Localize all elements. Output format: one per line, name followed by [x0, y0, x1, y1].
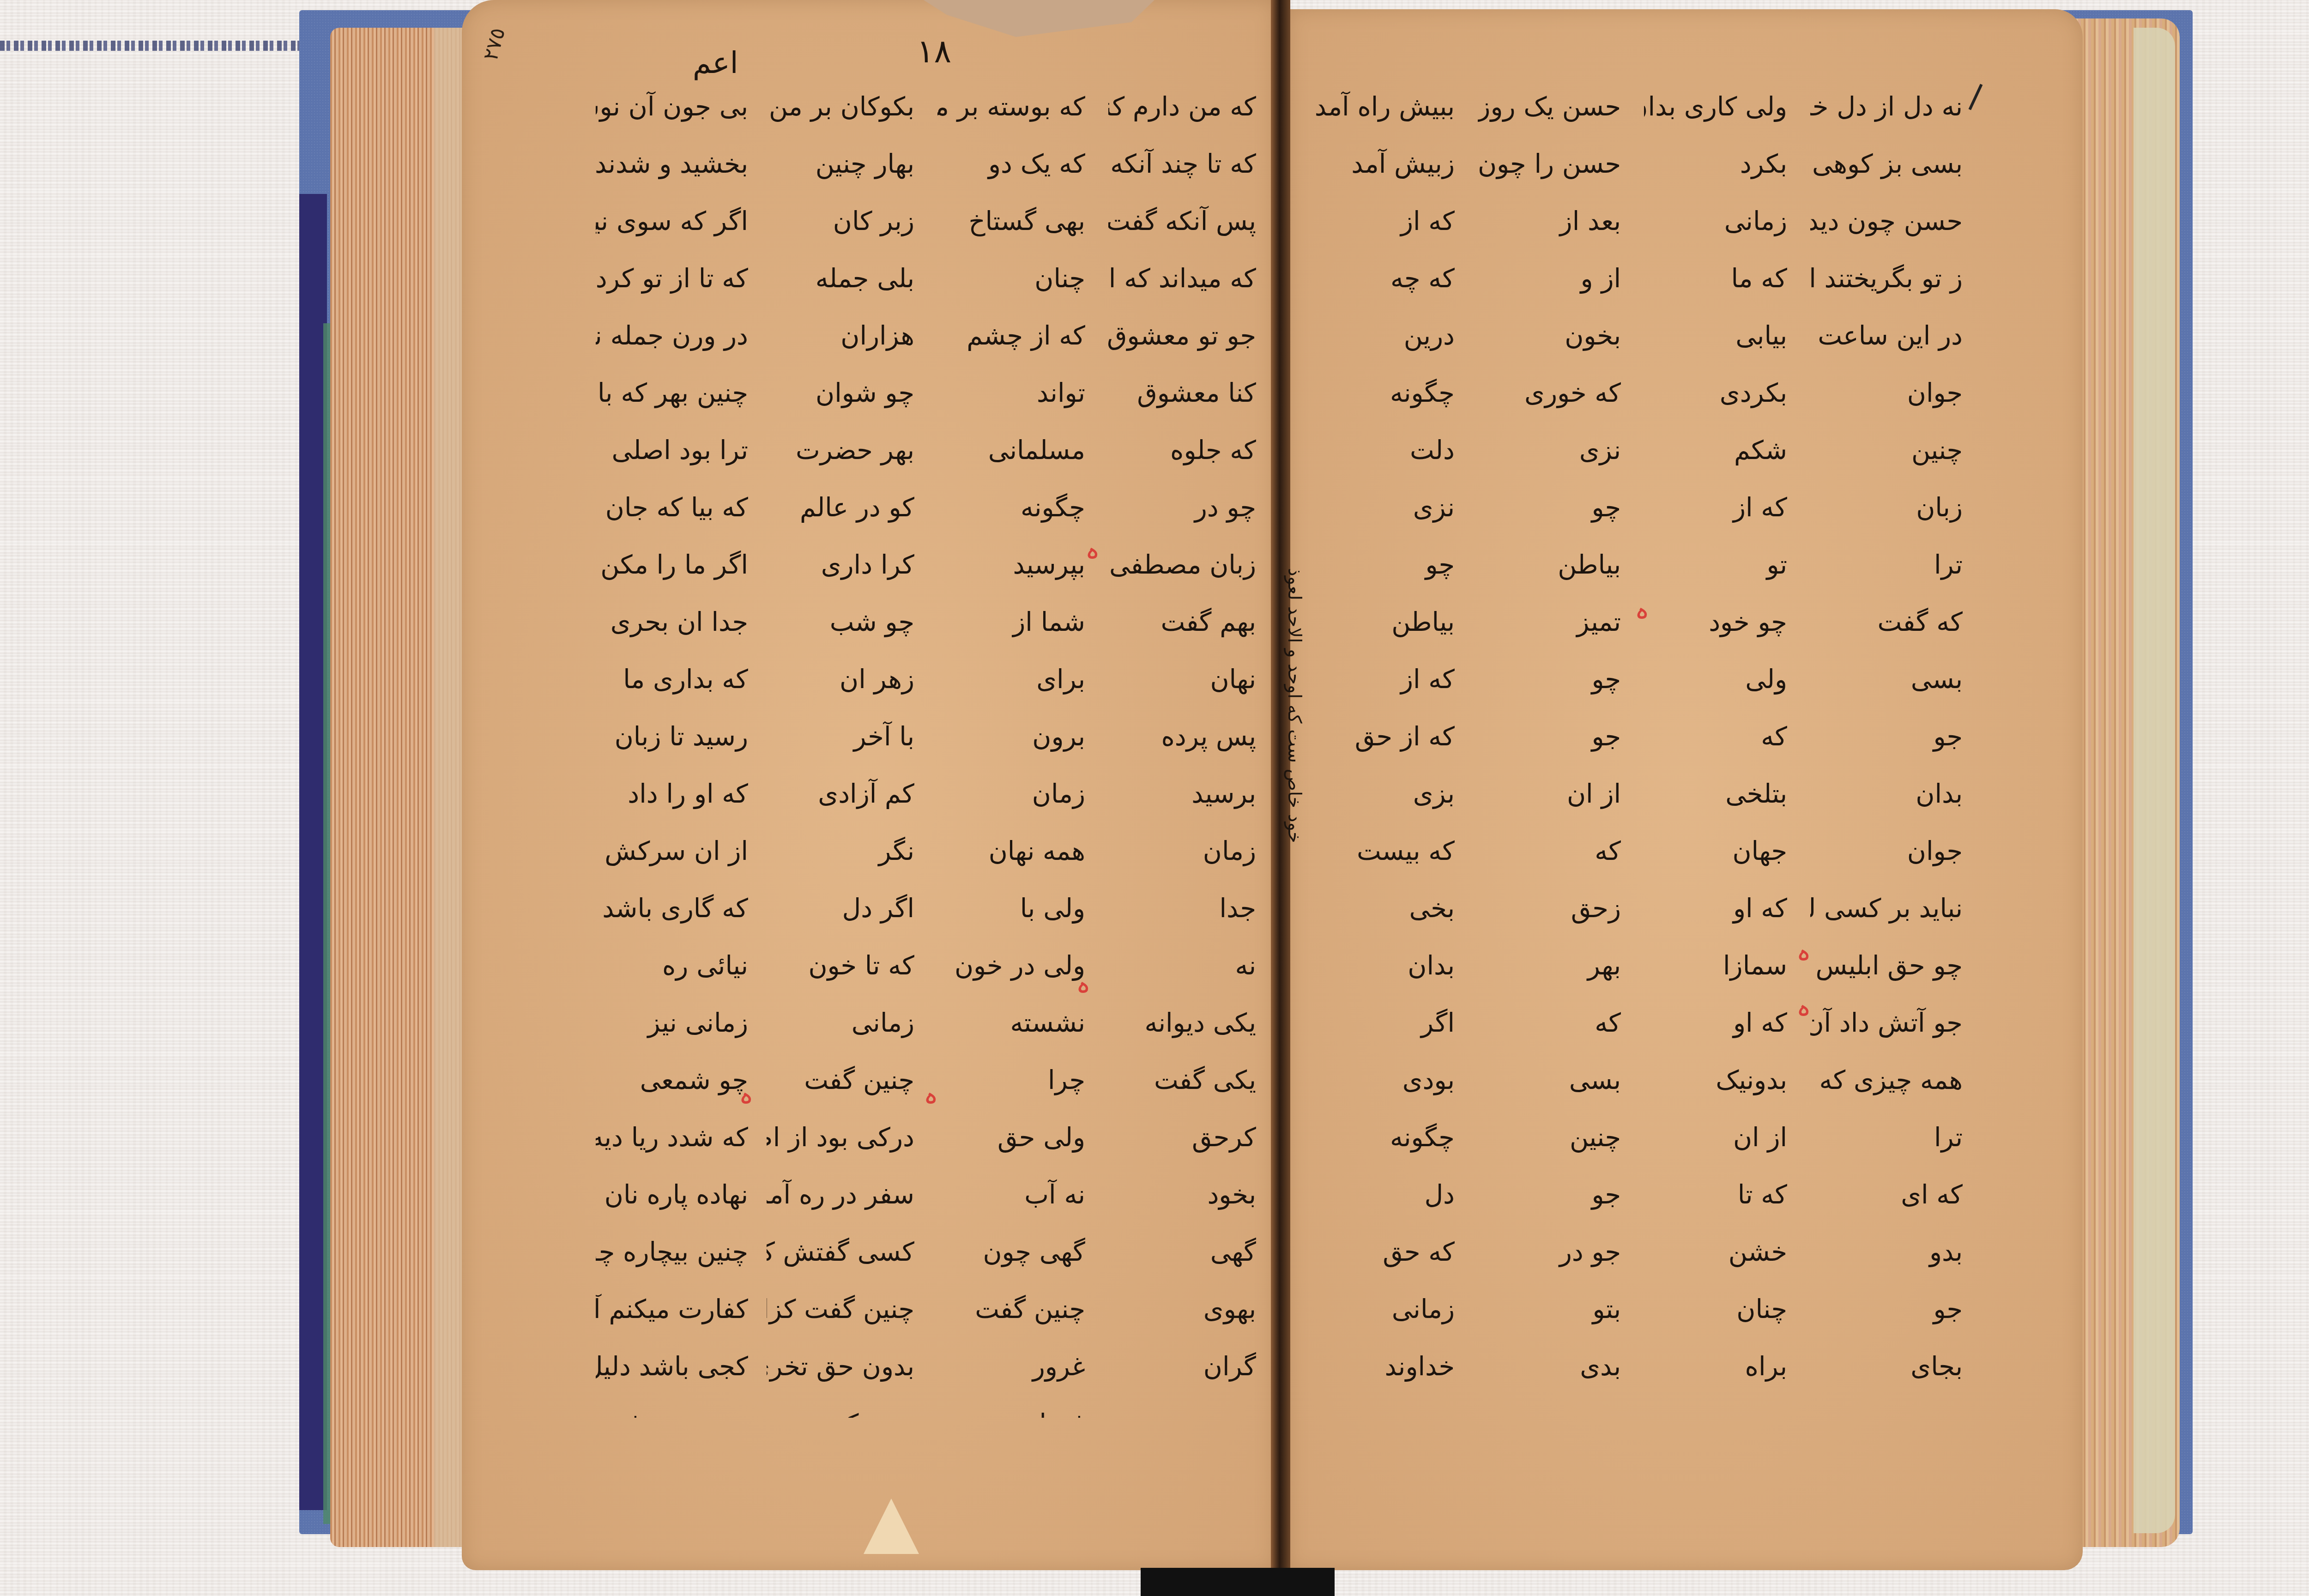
text-line: جو تو معشوق بودی این اثر کرد: [1108, 308, 1256, 365]
text-line: بیابی: [1644, 308, 1787, 365]
text-line: از ان: [1644, 1109, 1787, 1167]
text-line: بسی بز کوهی و نخجیر و آهو: [1810, 136, 1963, 193]
text-line: کنا معشوق: [1108, 365, 1256, 422]
text-line: که: [1478, 823, 1621, 880]
text-line: نگر: [767, 823, 914, 880]
text-line: که او را داد: [596, 766, 748, 823]
text-line: که شدد ریا دیه عمری بتجرید: [596, 1109, 748, 1167]
rubric-mark: ہ: [1076, 970, 1091, 999]
text-line: بهر حضرت: [767, 422, 914, 479]
rubric-mark: ہ: [1796, 937, 1811, 967]
text-line: بکرد: [1644, 136, 1787, 193]
text-line: زمانی: [767, 995, 914, 1052]
rubric-mark: ہ: [1635, 596, 1650, 625]
text-line: مسلمانی: [937, 422, 1085, 479]
left-page-column-2: بکوکان بر من بهار چنین زبر کان بلی جمله …: [767, 79, 914, 1418]
text-line: که میداند که این سر عجب چیست: [1108, 250, 1256, 308]
text-line: خشن: [1644, 1224, 1787, 1281]
text-line: چو شمعی: [596, 1052, 748, 1109]
text-line: که تا خون: [767, 937, 914, 995]
background-stamp-line: [0, 41, 300, 51]
marginal-note: خود خاص ست که اوحد و الاحد لعوذ: [1284, 568, 1305, 843]
text-line: که یک دو: [937, 136, 1085, 193]
text-line: نزی: [1312, 479, 1455, 537]
text-line: نه آب: [937, 1167, 1085, 1224]
text-line: تو: [1644, 537, 1787, 594]
text-line: که خوری: [1478, 365, 1621, 422]
text-line: غرور: [937, 1338, 1085, 1396]
text-line: بهم گفت: [1108, 594, 1256, 651]
text-line: بحری: [1108, 1396, 1256, 1418]
text-line: نهان: [1108, 651, 1256, 708]
text-line: بسی: [1810, 651, 1963, 708]
text-line: اگر که سوی نیم: [596, 193, 748, 250]
rubric-mark: ہ: [924, 1081, 938, 1110]
text-line: نه: [1108, 937, 1256, 995]
text-line: کجی باشد دلیل بنده بودن: [596, 1338, 748, 1396]
text-line: نشسته: [937, 995, 1085, 1052]
text-line: که گاری باشد: [596, 880, 748, 937]
left-page-column-1: بی جون آن نوشتند آن بخشید و شدند خوش اگر…: [596, 79, 748, 1418]
text-line: چو: [1312, 537, 1455, 594]
text-line: بجای: [1810, 1338, 1963, 1396]
text-line: جو در: [1478, 1224, 1621, 1281]
text-line: که ما: [1644, 250, 1787, 308]
text-line: بدان: [1312, 937, 1455, 995]
right-page-column-2: حسن یک روز رفت از بصره بیرون حسن را چون …: [1478, 79, 1621, 1418]
text-line: جو: [1478, 1167, 1621, 1224]
text-line: یکی دیوانه: [1108, 995, 1256, 1052]
text-line: چنین: [1810, 422, 1963, 479]
text-line: که از: [1644, 479, 1787, 537]
text-line: بودی: [1312, 1052, 1455, 1109]
rubric-mark: ہ: [739, 1081, 754, 1110]
text-line: زمانی: [1312, 1281, 1455, 1338]
text-line: بپرسید: [937, 537, 1085, 594]
corner-annotation: اعم: [693, 46, 738, 80]
text-line: که او: [1644, 995, 1787, 1052]
text-line: بدان: [1810, 766, 1963, 823]
text-line: گهی: [1108, 1224, 1256, 1281]
text-line: کرا داری: [767, 537, 914, 594]
text-line: زبان: [1810, 479, 1963, 537]
text-line: زمانی نیز: [596, 995, 748, 1052]
text-line: نهاده پاره نان در گریبان: [596, 1167, 748, 1224]
text-line: همه چیزی که اینجا نیست آنجاست: [1810, 1052, 1963, 1109]
text-line: زنی: [1644, 1396, 1787, 1418]
text-line: که از چشم: [937, 308, 1085, 365]
text-line: برای: [937, 651, 1085, 708]
text-line: برسید: [1108, 766, 1256, 823]
text-line: که او: [1644, 880, 1787, 937]
text-line: زبر کان: [767, 193, 914, 250]
text-line: زمان: [1108, 823, 1256, 880]
text-line: که ای: [1810, 1167, 1963, 1224]
text-line: بی جون آن نوشتند آن: [596, 79, 748, 136]
text-line: بکردی: [1644, 365, 1787, 422]
text-line: فقط: [937, 1396, 1085, 1418]
text-line: که بیست: [1312, 823, 1455, 880]
right-flyleaf: [2134, 28, 2175, 1533]
text-line: که گفت: [1810, 594, 1963, 651]
text-line: بدی: [1478, 1338, 1621, 1396]
text-line: نه دل از دل خبر دارد نه جان هم: [1810, 79, 1963, 136]
text-line: که بیا که جان درین: [596, 479, 748, 537]
text-line: کسی گفتش که چون بودت جهان: [767, 1224, 914, 1281]
text-line: بهار چنین: [767, 136, 914, 193]
text-line: جدا: [1108, 880, 1256, 937]
text-line: ولی با: [937, 880, 1085, 937]
text-line: جهان: [1644, 823, 1787, 880]
text-line: بخشید و شدند خوش: [596, 136, 748, 193]
left-page-stack-highlight: [434, 28, 462, 1547]
text-line: که از: [1312, 651, 1455, 708]
text-line: دل: [1312, 1167, 1455, 1224]
text-line: جو آتش داد آن دیوانه همیشه: [1810, 995, 1963, 1052]
text-line: همی بندد فقیر بنده بشند: [596, 1396, 748, 1418]
text-line: چو: [1478, 479, 1621, 537]
right-page-column-4: نه دل از دل خبر دارد نه جان هم بسی بز کو…: [1810, 79, 1963, 1418]
text-line: جدا ان بحری: [596, 594, 748, 651]
text-line: جو: [1810, 708, 1963, 766]
text-line: چرا: [937, 1052, 1085, 1109]
text-line: چنین بهر که باشد: [596, 365, 748, 422]
text-line: جوان: [1810, 823, 1963, 880]
text-line: که جلوه: [1108, 422, 1256, 479]
spine-gap: [1141, 1568, 1335, 1596]
text-line: شکم: [1644, 422, 1787, 479]
text-line: از ان: [1478, 766, 1621, 823]
text-line: بهی گستاخ: [937, 193, 1085, 250]
text-line: دلت: [1312, 422, 1455, 479]
text-line: یکی گفت: [1108, 1052, 1256, 1109]
text-line: کم آزادی: [767, 766, 914, 823]
text-line: اگر: [1312, 995, 1455, 1052]
text-line: سفر در ره آمد چون غریبان: [767, 1167, 914, 1224]
text-line: چو حق ابلیس را ملعون همی نیست: [1810, 937, 1963, 995]
text-line: سمازا: [1644, 937, 1787, 995]
text-line: بتو: [1478, 1281, 1621, 1338]
text-line: زمانی: [1644, 193, 1787, 250]
text-line: بتلخی: [1644, 766, 1787, 823]
rubric-mark: ہ: [1085, 536, 1100, 565]
text-line: چگونه: [1312, 365, 1455, 422]
text-line: نزی: [1478, 422, 1621, 479]
text-line: نباید بر کسی لعنت بدبزرگ: [1810, 880, 1963, 937]
text-line: بدون حق تخری زنده بودن: [767, 1338, 914, 1396]
text-line: بخی: [1312, 880, 1455, 937]
cover-dark-edge: [299, 194, 327, 1510]
text-line: چو شب: [767, 594, 914, 651]
text-line: بکوکان بر من: [767, 79, 914, 136]
text-line: بهوی: [1108, 1281, 1256, 1338]
text-line: چنین گفت کزان شیوه بدردم: [767, 1281, 914, 1338]
page-number: ۱۸: [917, 32, 951, 70]
text-line: ولی در خون: [937, 937, 1085, 995]
text-line: چو شوان: [767, 365, 914, 422]
text-line: بم: [1312, 1396, 1455, 1418]
text-line: بیاطن: [1478, 537, 1621, 594]
text-line: اگر دل: [767, 880, 914, 937]
text-line: چو: [1478, 651, 1621, 708]
text-line: از و: [1478, 250, 1621, 308]
text-line: هزاران: [767, 308, 914, 365]
text-line: که: [1644, 708, 1787, 766]
text-line: شما از: [937, 594, 1085, 651]
text-line: ولی کاری بدان نی این و آنم: [1644, 79, 1787, 136]
text-line: چو در: [1108, 479, 1256, 537]
text-line: بیاطن: [1312, 594, 1455, 651]
text-line: ترا بود اصلی: [596, 422, 748, 479]
text-line: درین: [1312, 308, 1455, 365]
text-line: بخون: [1478, 308, 1621, 365]
text-line: چگونه: [1312, 1109, 1455, 1167]
text-line: جوان: [1810, 365, 1963, 422]
text-line: زمان: [937, 766, 1085, 823]
text-line: زبیش آمد: [1312, 136, 1455, 193]
text-line: گهی چون: [937, 1224, 1085, 1281]
text-line: موی کر: [767, 1396, 914, 1418]
left-page-column-4: که من دارم کنه زینت بسیار که تا چند آنکه…: [1108, 79, 1256, 1418]
text-line: خداوند: [1312, 1338, 1455, 1396]
text-line: که حق: [1312, 1224, 1455, 1281]
text-line: براه: [1644, 1338, 1787, 1396]
text-line: درکی بود از اصحاب توحید: [767, 1109, 914, 1167]
text-line: رسید تا زبان: [596, 708, 748, 766]
text-line: که تا از تو کردی: [596, 250, 748, 308]
text-line: گران: [1108, 1338, 1256, 1396]
text-line: حسن یک روز رفت از بصره بیرون: [1478, 79, 1621, 136]
text-line: بخود: [1108, 1167, 1256, 1224]
text-line: بزی: [1312, 766, 1455, 823]
text-line: ترا: [1810, 1109, 1963, 1167]
text-line: چنین بیچاره چون کسی جبست: [596, 1224, 748, 1281]
text-line: نیائی ره: [596, 937, 748, 995]
text-line: چگونه: [937, 479, 1085, 537]
text-line: در این ساعت مرا ای پاک خاطر: [1810, 308, 1963, 365]
text-line: ز تو بگریختند از من رمیدند: [1810, 250, 1963, 308]
text-line: پس پرده: [1108, 708, 1256, 766]
text-line: کو در عالم: [767, 479, 914, 537]
paper-repair-patch: [864, 1499, 919, 1554]
rubric-mark: ہ: [1796, 993, 1811, 1022]
right-page-column-1: ببیش راه آمد بیابان زبیش آمد که از که چه…: [1312, 79, 1455, 1418]
text-line: بعد از: [1478, 193, 1621, 250]
text-line: که بوسته بر من هردو هشیار: [937, 79, 1085, 136]
text-line: برون: [937, 708, 1085, 766]
text-line: زحق: [1478, 880, 1621, 937]
text-line: که از: [1312, 193, 1455, 250]
text-line: بهر: [1478, 937, 1621, 995]
text-line: که از حق: [1312, 708, 1455, 766]
right-page-column-3: ولی کاری بدان نی این و آنم بکرد زمانی که…: [1644, 79, 1787, 1418]
text-line: چو خود: [1644, 594, 1787, 651]
text-line: ببیش راه آمد بیابان: [1312, 79, 1455, 136]
text-line: بدو: [1810, 1224, 1963, 1281]
text-line: که تا چند آنکه بدکردم آغاز: [1108, 136, 1256, 193]
text-line: جو: [1810, 1396, 1963, 1418]
text-line: چنین: [1478, 1109, 1621, 1167]
text-line: بدونیک: [1644, 1052, 1787, 1109]
text-line: چنان: [1644, 1281, 1787, 1338]
left-page-column-3: که بوسته بر من هردو هشیار که یک دو بهی گ…: [937, 79, 1085, 1418]
text-line: در ورن جمله نخت: [596, 308, 748, 365]
text-line: که چه: [1312, 250, 1455, 308]
text-line: که تا: [1644, 1167, 1787, 1224]
text-line: از ان سرکش: [596, 823, 748, 880]
text-line: همه نهان: [937, 823, 1085, 880]
text-line: بلی جمله: [767, 250, 914, 308]
text-line: زهر ان: [767, 651, 914, 708]
text-line: کرحق: [1108, 1109, 1256, 1167]
text-line: زبان مصطفی: [1108, 537, 1256, 594]
text-line: تواند: [937, 365, 1085, 422]
text-line: چنین گفت: [937, 1281, 1085, 1338]
text-line: چنان: [937, 250, 1085, 308]
text-line: بسی: [1478, 1052, 1621, 1109]
text-line: حسن را چون: [1478, 136, 1621, 193]
text-line: که من دارم کنه زینت بسیار: [1108, 79, 1256, 136]
text-line: که: [1478, 995, 1621, 1052]
text-line: کفارت میکنم آنرا که کردم: [596, 1281, 748, 1338]
text-line: تمیز: [1478, 594, 1621, 651]
text-line: ولی: [1644, 651, 1787, 708]
text-line: ترا: [1810, 537, 1963, 594]
text-line: ولی حق: [937, 1109, 1085, 1167]
text-line: که بداری ما: [596, 651, 748, 708]
text-line: با آخر: [767, 708, 914, 766]
text-line: جو: [1478, 708, 1621, 766]
text-line: پس آنکه گفت ای دارنده پاک: [1108, 193, 1256, 250]
text-line: بخی: [1478, 1396, 1621, 1418]
text-line: جو: [1810, 1281, 1963, 1338]
text-line: اگر ما را مکن: [596, 537, 748, 594]
text-line: چنین گفت: [767, 1052, 914, 1109]
text-line: حسن چون دید آن در دل اثر کرد: [1810, 193, 1963, 250]
